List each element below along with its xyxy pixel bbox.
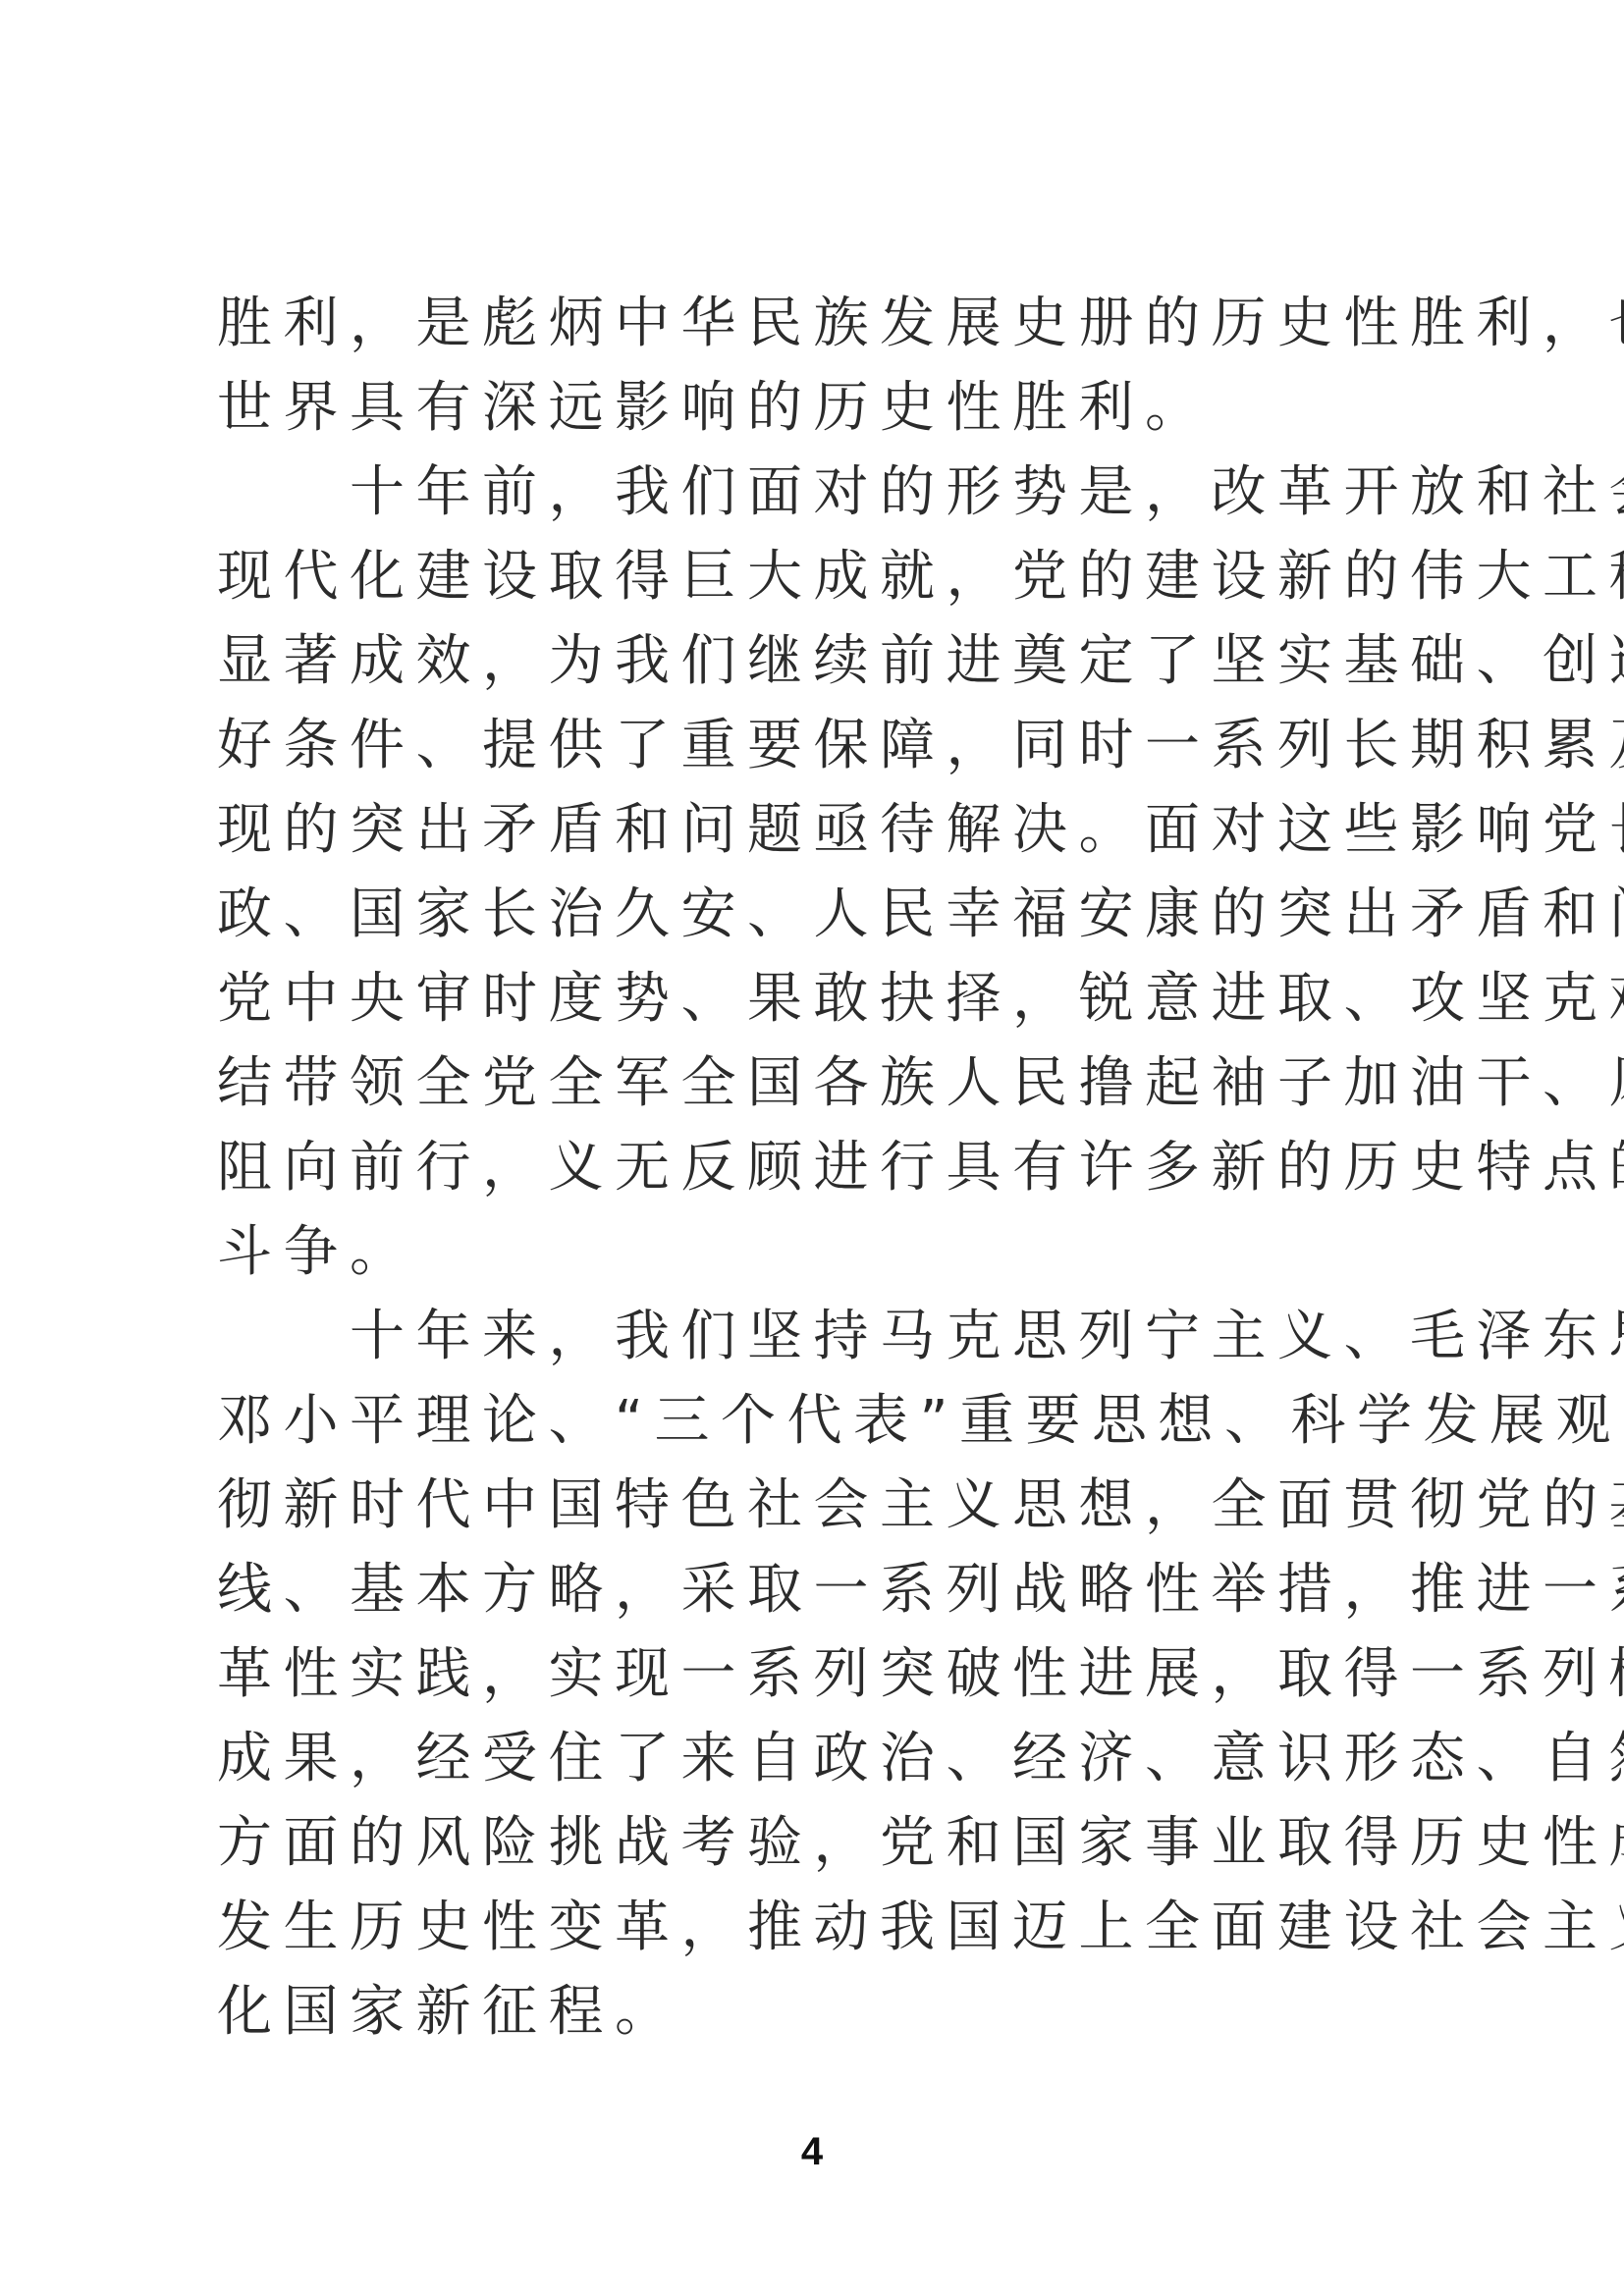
text-line: 化国家新征程。	[217, 1970, 1435, 2055]
text-line: 世界具有深远影响的历史性胜利。	[217, 366, 1435, 451]
text-line: 邓小平理论、“三个代表”重要思想、科学发展观，全面贯	[217, 1379, 1435, 1464]
text-line: 结带领全党全军全国各族人民撸起袖子加油干、风雨无	[217, 1041, 1435, 1126]
text-line: 好条件、提供了重要保障，同时一系列长期积累及新出	[217, 704, 1435, 788]
document-page: 胜利，是彪炳中华民族发展史册的历史性胜利，也是对 世界具有深远影响的历史性胜利。…	[0, 0, 1624, 2296]
text-line: 现代化建设取得巨大成就，党的建设新的伟大工程取得	[217, 535, 1435, 619]
text-line: 现的突出矛盾和问题亟待解决。面对这些影响党长期执	[217, 788, 1435, 873]
text-line: 胜利，是彪炳中华民族发展史册的历史性胜利，也是对	[217, 282, 1435, 366]
page-number: 4	[0, 2130, 1624, 2174]
text-line: 方面的风险挑战考验，党和国家事业取得历史性成就、	[217, 1801, 1435, 1886]
text-line: 线、基本方略，采取一系列战略性举措，推进一系列变	[217, 1548, 1435, 1632]
text-line: 阻向前行，义无反顾进行具有许多新的历史特点的伟大	[217, 1126, 1435, 1210]
text-line: 发生历史性变革，推动我国迈上全面建设社会主义现代	[217, 1886, 1435, 1970]
text-line: 彻新时代中国特色社会主义思想，全面贯彻党的基本路	[217, 1464, 1435, 1548]
paragraph-first-line: 十年前，我们面对的形势是，改革开放和社会主义	[217, 451, 1435, 535]
text-line: 革性实践，实现一系列突破性进展，取得一系列标志性	[217, 1632, 1435, 1717]
text-line: 政、国家长治久安、人民幸福安康的突出矛盾和问题，	[217, 873, 1435, 957]
body-text: 胜利，是彪炳中华民族发展史册的历史性胜利，也是对 世界具有深远影响的历史性胜利。…	[217, 282, 1435, 2055]
paragraph-first-line: 十年来，我们坚持马克思列宁主义、毛泽东思想、	[217, 1295, 1435, 1379]
text-line: 党中央审时度势、果敢抉择，锐意进取、攻坚克难，团	[217, 957, 1435, 1041]
text-line: 成果，经受住了来自政治、经济、意识形态、自然界等	[217, 1717, 1435, 1801]
text-line: 斗争。	[217, 1210, 1435, 1295]
text-line: 显著成效，为我们继续前进奠定了坚实基础、创造了良	[217, 619, 1435, 704]
